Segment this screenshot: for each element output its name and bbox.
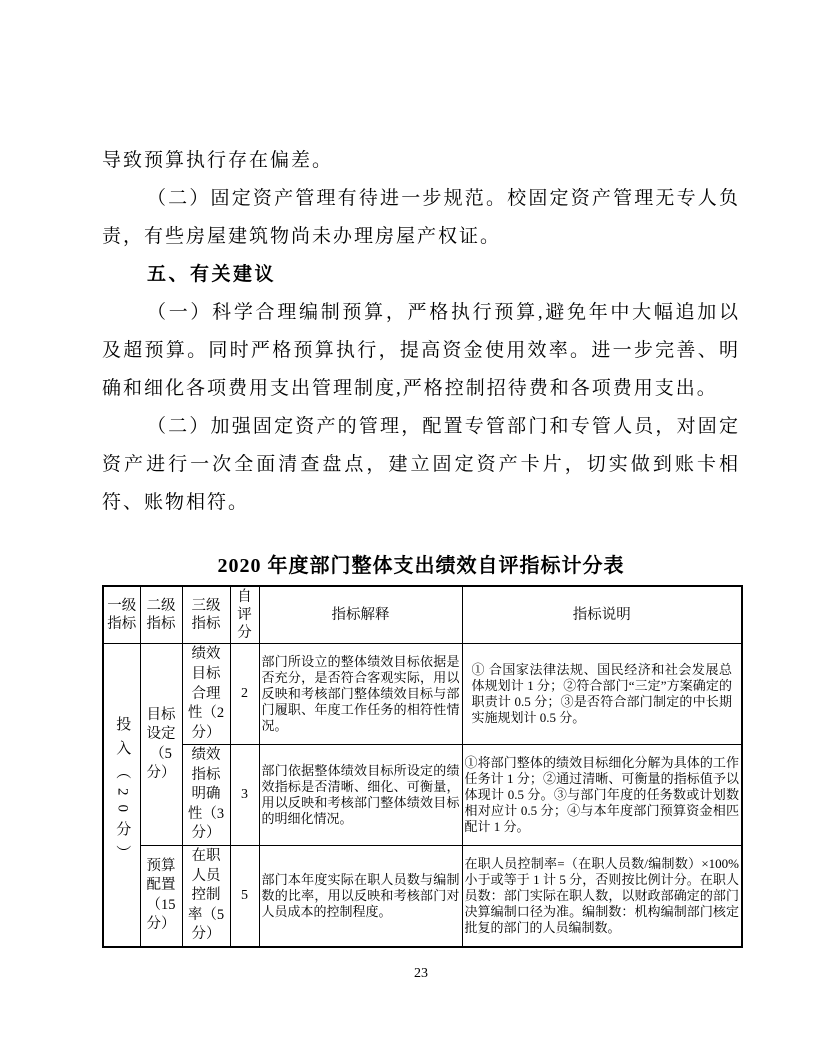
- cell-explanation: 部门所设立的整体绩效目标依据是否充分，是否符合客观实际，用以反映和考核部门整体绩…: [259, 644, 462, 745]
- cell-level3: 绩效指标明确性（3 分）: [182, 745, 230, 846]
- document-page: 导致预算执行存在偏差。 （二）固定资产管理有待进一步规范。校固定资产管理无专人负…: [0, 0, 815, 1055]
- paragraph: （二）固定资产管理有待进一步规范。校固定资产管理无专人负责，有些房屋建筑物尚未办…: [102, 180, 740, 256]
- paragraph: （一）科学合理编制预算，严格执行预算,避免年中大幅追加以及超预算。同时严格预算执…: [102, 294, 740, 408]
- cell-level2: 预算配置（15 分）: [140, 846, 182, 947]
- cell-description: 在职人员控制率=（在职人员数/编制数）×100%小于或等于 1 计 5 分，否则…: [462, 846, 742, 947]
- level1-vertical-label: 投入（20分）: [114, 716, 129, 869]
- table-row: 绩效指标明确性（3 分） 3 部门依据整体绩效目标所设定的绩效指标是否清晰、细化…: [103, 745, 742, 846]
- cell-level3: 在职人员控制率（5 分）: [182, 846, 230, 947]
- table-row: 预算配置（15 分） 在职人员控制率（5 分） 5 部门本年度实际在职人员数与编…: [103, 846, 742, 947]
- header-level1: 一级指标: [103, 586, 140, 644]
- cell-score: 2: [230, 644, 259, 745]
- header-description: 指标说明: [462, 586, 742, 644]
- table-row: 投入（20分） 目标设定（5 分） 绩效目标合理性（2 分） 2 部门所设立的整…: [103, 644, 742, 745]
- cell-level3: 绩效目标合理性（2 分）: [182, 644, 230, 745]
- body-text: 导致预算执行存在偏差。 （二）固定资产管理有待进一步规范。校固定资产管理无专人负…: [102, 142, 740, 522]
- header-level3: 三级指标: [182, 586, 230, 644]
- score-table: 一级指标 二级指标 三级指标 自评分 指标解释 指标说明 投入（20分） 目标设…: [102, 585, 743, 948]
- cell-score: 5: [230, 846, 259, 947]
- paragraph: 导致预算执行存在偏差。: [102, 142, 740, 180]
- cell-explanation: 部门本年度实际在职人员数与编制数的比率，用以反映和考核部门对人员成本的控制程度。: [259, 846, 462, 947]
- page-number: 23: [102, 966, 740, 982]
- cell-description: ① 合国家法律法规、国民经济和社会发展总体规划计 1 分；②符合部门“三定”方案…: [462, 644, 742, 745]
- table-title: 2020 年度部门整体支出绩效自评指标计分表: [102, 549, 740, 578]
- cell-description: ①将部门整体的绩效目标细化分解为具体的工作任务计 1 分；②通过清晰、可衡量的指…: [462, 745, 742, 846]
- header-level2: 二级指标: [140, 586, 182, 644]
- section-heading: 五、有关建议: [102, 256, 740, 294]
- cell-explanation: 部门依据整体绩效目标所设定的绩效指标是否清晰、细化、可衡量，用以反映和考核部门整…: [259, 745, 462, 846]
- cell-score: 3: [230, 745, 259, 846]
- header-explanation: 指标解释: [259, 586, 462, 644]
- cell-level1: 投入（20分）: [103, 644, 140, 947]
- header-score: 自评分: [230, 586, 259, 644]
- paragraph: （二）加强固定资产的管理，配置专管部门和专管人员，对固定资产进行一次全面清查盘点…: [102, 408, 740, 522]
- table-header-row: 一级指标 二级指标 三级指标 自评分 指标解释 指标说明: [103, 586, 742, 644]
- cell-level2: 目标设定（5 分）: [140, 644, 182, 846]
